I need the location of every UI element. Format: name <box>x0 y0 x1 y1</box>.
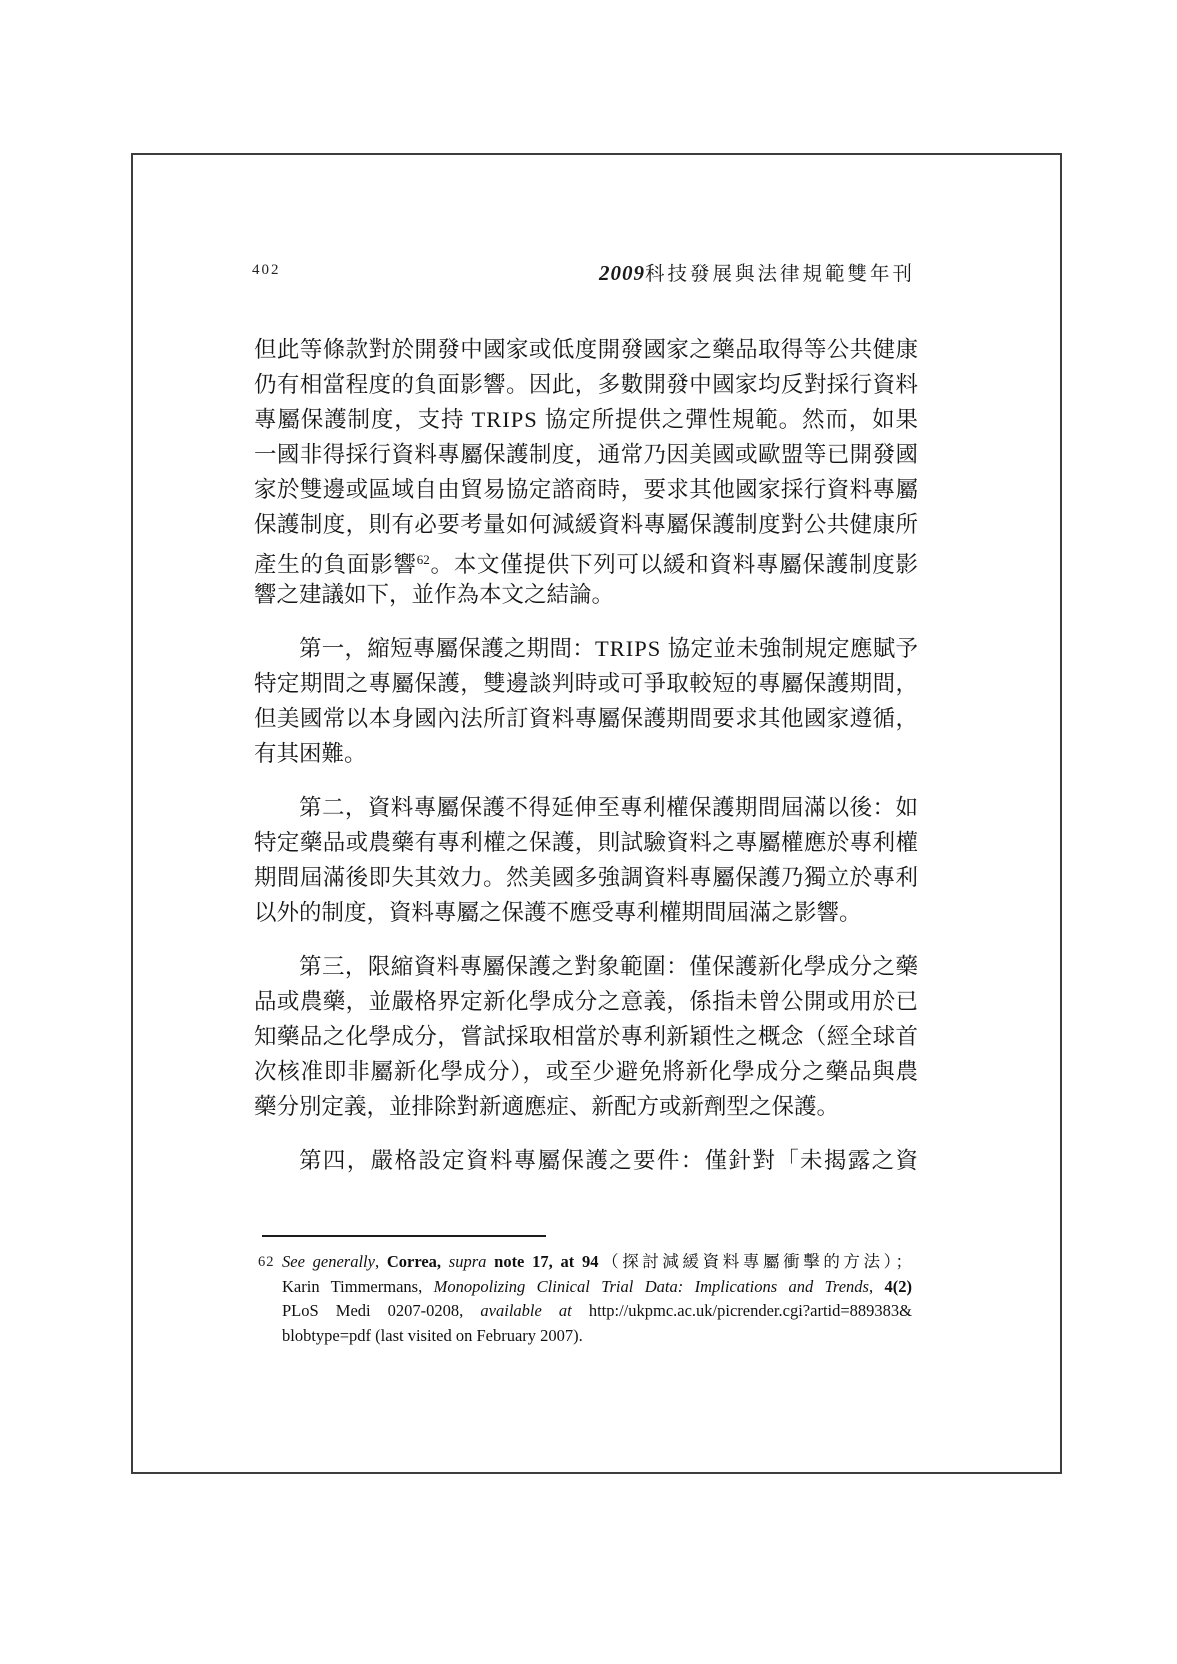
text-line: 第一，縮短專屬保護之期間：TRIPS 協定並未強制規定應賦予 <box>254 631 918 666</box>
text-segment: 家於雙邊或區域自由貿易協定諮商時，要求其他國家採行資料專屬 <box>254 477 918 502</box>
text-line: 品或農藥，並嚴格界定新化學成分之意義，係指未曾公開或用於已 <box>254 984 918 1019</box>
footnote: 62 See generally, Correa, supra note 17,… <box>252 1250 912 1348</box>
text-segment: 第一，縮短專屬保護之期間： <box>299 636 595 661</box>
text-segment: , <box>869 1277 885 1296</box>
text-segment: 協定並未強制規定應賦予 <box>661 636 918 661</box>
paragraph: 第二，資料專屬保護不得延伸至專利權保護期間屆滿以後：如特定藥品或農藥有專利權之保… <box>254 790 918 930</box>
text-line: 藥分別定義，並排除對新適應症、新配方或新劑型之保護。 <box>254 1089 918 1124</box>
text-segment: 專屬保護制度，支持 <box>254 407 471 432</box>
text-segment: 第四，嚴格設定資料專屬保護之要件：僅針對「未揭露之資 <box>299 1148 918 1173</box>
text-segment: 特定期間之專屬保護，雙邊談判時或可爭取較短的專屬保護期間， <box>254 671 918 696</box>
text-segment: See generally <box>282 1252 375 1271</box>
text-segment: 但此等條款對於開發中國家或低度開發國家之藥品取得等公共健康 <box>254 337 918 362</box>
text-line: 但此等條款對於開發中國家或低度開發國家之藥品取得等公共健康 <box>254 332 918 367</box>
text-segment: 仍有相當程度的負面影響。因此，多數開發中國家均反對採行資料 <box>254 372 918 397</box>
text-segment: 響之建議如下，並作為本文之結論。 <box>254 582 614 607</box>
scanned-journal-page: 402 2009科技發展與法律規範雙年刊 但此等條款對於開發中國家或低度開發國家… <box>0 0 1177 1664</box>
paragraph: 第三，限縮資料專屬保護之對象範圍：僅保護新化學成分之藥品或農藥，並嚴格界定新化學… <box>254 949 918 1124</box>
text-segment: http://ukpmc.ac.uk/picrender.cgi?artid=8… <box>572 1301 912 1320</box>
body-text: 但此等條款對於開發中國家或低度開發國家之藥品取得等公共健康仍有相當程度的負面影響… <box>254 332 918 1178</box>
text-segment: 協定所提供之彈性規範。然而，如果 <box>538 407 918 432</box>
text-segment: Correa, <box>387 1252 441 1271</box>
text-line: 特定藥品或農藥有專利權之保護，則試驗資料之專屬權應於專利權 <box>254 825 918 860</box>
text-line: 以外的制度，資料專屬之保護不應受專利權期間屆滿之影響。 <box>254 895 918 930</box>
text-segment: 62 <box>417 552 430 567</box>
text-segment: supra <box>449 1252 487 1271</box>
text-line: 第三，限縮資料專屬保護之對象範圍：僅保護新化學成分之藥 <box>254 949 918 984</box>
text-line: 第二，資料專屬保護不得延伸至專利權保護期間屆滿以後：如 <box>254 790 918 825</box>
text-segment: 保護制度，則有必要考量如何減緩資料專屬保護制度對公共健康所 <box>254 512 918 537</box>
text-line: 期間屆滿後即失其效力。然美國多強調資料專屬保護乃獨立於專利 <box>254 860 918 895</box>
journal-title-text: 科技發展與法律規範雙年刊 <box>645 263 915 285</box>
text-line: 響之建議如下，並作為本文之結論。 <box>254 577 918 612</box>
text-segment: 有其困難。 <box>254 741 367 766</box>
text-segment: 藥分別定義，並排除對新適應症、新配方或新劑型之保護。 <box>254 1094 839 1119</box>
text-line: blobtype=pdf (last visited on February 2… <box>282 1324 912 1349</box>
paragraph: 第四，嚴格設定資料專屬保護之要件：僅針對「未揭露之資 <box>254 1143 918 1178</box>
text-line: 一國非得採行資料專屬保護制度，通常乃因美國或歐盟等已開發國 <box>254 437 918 472</box>
text-segment: 4(2) <box>885 1277 913 1296</box>
text-segment: note 17, at 94 <box>494 1252 598 1271</box>
text-segment: TRIPS <box>595 636 661 661</box>
text-segment: 期間屆滿後即失其效力。然美國多強調資料專屬保護乃獨立於專利 <box>254 865 918 890</box>
text-segment: 特定藥品或農藥有專利權之保護，則試驗資料之專屬權應於專利權 <box>254 830 918 855</box>
text-segment: （探討減緩資料專屬衝擊的方法）； <box>598 1252 912 1271</box>
text-line: 次核准即非屬新化學成分），或至少避免將新化學成分之藥品與農 <box>254 1054 918 1089</box>
text-segment: , <box>375 1252 387 1271</box>
text-segment: 第二，資料專屬保護不得延伸至專利權保護期間屆滿以後：如 <box>299 795 918 820</box>
text-segment: 一國非得採行資料專屬保護制度，通常乃因美國或歐盟等已開發國 <box>254 442 918 467</box>
text-segment: blobtype=pdf (last visited on February 2… <box>282 1326 583 1345</box>
footnote-separator <box>262 1235 546 1237</box>
text-line: 有其困難。 <box>254 736 918 771</box>
text-segment <box>441 1252 449 1271</box>
text-segment: PLoS Medi 0207-0208, <box>282 1301 480 1320</box>
text-segment: Monopolizing Clinical Trial Data: Implic… <box>434 1277 869 1296</box>
text-line: 知藥品之化學成分，嘗試採取相當於專利新穎性之概念（經全球首 <box>254 1019 918 1054</box>
text-segment: 知藥品之化學成分，嘗試採取相當於專利新穎性之概念（經全球首 <box>254 1024 918 1049</box>
text-line: 保護制度，則有必要考量如何減緩資料專屬保護制度對公共健康所 <box>254 507 918 542</box>
text-segment: Karin Timmermans, <box>282 1277 434 1296</box>
text-line: 產生的負面影響62。本文僅提供下列可以緩和資料專屬保護制度影 <box>254 542 918 577</box>
text-segment: 第三，限縮資料專屬保護之對象範圍：僅保護新化學成分之藥 <box>299 954 918 979</box>
text-segment: 。本文僅提供下列可以緩和資料專屬保護制度影 <box>430 552 918 577</box>
text-segment: 但美國常以本身國內法所訂資料專屬保護期間要求其他國家遵循， <box>254 706 918 731</box>
journal-header: 2009科技發展與法律規範雙年刊 <box>599 258 915 286</box>
text-line: See generally, Correa, supra note 17, at… <box>282 1250 912 1275</box>
text-segment: 品或農藥，並嚴格界定新化學成分之意義，係指未曾公開或用於已 <box>254 989 918 1014</box>
text-line: 但美國常以本身國內法所訂資料專屬保護期間要求其他國家遵循， <box>254 701 918 736</box>
text-line: Karin Timmermans, Monopolizing Clinical … <box>282 1275 912 1300</box>
journal-year: 2009 <box>599 261 645 285</box>
text-line: 家於雙邊或區域自由貿易協定諮商時，要求其他國家採行資料專屬 <box>254 472 918 507</box>
text-segment: 以外的制度，資料專屬之保護不應受專利權期間屆滿之影響。 <box>254 900 862 925</box>
text-line: 第四，嚴格設定資料專屬保護之要件：僅針對「未揭露之資 <box>254 1143 918 1178</box>
text-segment <box>486 1252 494 1271</box>
text-line: 特定期間之專屬保護，雙邊談判時或可爭取較短的專屬保護期間， <box>254 666 918 701</box>
text-segment: 次核准即非屬新化學成分），或至少避免將新化學成分之藥品與農 <box>254 1059 918 1084</box>
footnote-marker: 62 <box>258 1254 275 1271</box>
text-line: PLoS Medi 0207-0208, available at http:/… <box>282 1299 912 1324</box>
text-segment: 產生的負面影響 <box>254 552 417 577</box>
paragraph: 第一，縮短專屬保護之期間：TRIPS 協定並未強制規定應賦予特定期間之專屬保護，… <box>254 631 918 771</box>
footnote-text: See generally, Correa, supra note 17, at… <box>282 1250 912 1348</box>
paragraph: 但此等條款對於開發中國家或低度開發國家之藥品取得等公共健康仍有相當程度的負面影響… <box>254 332 918 612</box>
text-line: 仍有相當程度的負面影響。因此，多數開發中國家均反對採行資料 <box>254 367 918 402</box>
text-segment: TRIPS <box>471 407 537 432</box>
page-number: 402 <box>252 262 281 279</box>
text-segment: available at <box>480 1301 571 1320</box>
text-line: 專屬保護制度，支持 TRIPS 協定所提供之彈性規範。然而，如果 <box>254 402 918 437</box>
